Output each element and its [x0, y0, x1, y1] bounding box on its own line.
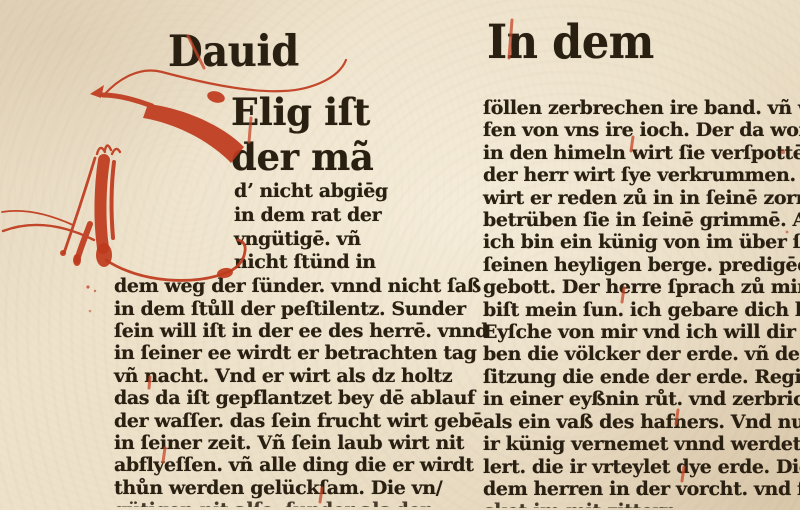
- text-line: vngütigē. vñ: [234, 228, 432, 252]
- text-line: in ſeiner ee wirdt er betrachten tag: [114, 342, 432, 364]
- text-line: der waſſer. das ſein frucht wirt gebē: [114, 410, 432, 432]
- text-line: ſöllen zerbrechen ire band. vñ werf/: [483, 97, 800, 119]
- text-line: ben die völcker der erde. vñ dein be/: [483, 343, 800, 365]
- text-line: ir künig vernemet vnnd werdet ge: [483, 433, 800, 455]
- text-line: Eyſche von mir vnd ich will dir ge: [483, 321, 800, 343]
- opening-big-lines: Elig iſtder mã: [114, 90, 432, 180]
- text-line: in ſeiner zeit. Vñ ſein laub wirt nit: [114, 432, 432, 454]
- text-line: in einer eyßnin růt. vnd zerbriche ſy: [483, 388, 800, 410]
- text-line: biſt mein ſun. ich gebare dich hewt.: [483, 299, 800, 321]
- body-lines-right: ſöllen zerbrechen ire band. vñ werf/fen …: [483, 97, 800, 500]
- text-line: fen von vns ire ioch. Der da wonet: [483, 119, 800, 141]
- text-line: ſitzung die ende der erde. Regiere ſy: [483, 366, 800, 388]
- text-column-left: Elig iſtder mã dʼ nicht abgiēgin dem rat…: [114, 90, 432, 507]
- text-line: als ein vaß des hafners. Vnd nun: [483, 411, 800, 433]
- text-line: betrüben ſie in ſeinē grimmē. Aber: [483, 209, 800, 231]
- text-line: der herr wirt ſye verkrummen. denn: [483, 164, 800, 186]
- text-line: der mã: [231, 135, 432, 180]
- text-line: lert. die ir vrteylet dye erde. Dienet: [483, 456, 800, 478]
- text-line: nicht ſtünd in: [234, 251, 432, 275]
- text-line: ich bin ein künig von im über ſyon: [483, 231, 800, 253]
- body-lines-left: dem weg der ſünder. vnnd nicht ſaßin dem…: [114, 275, 432, 499]
- text-line: wirt er reden zů in in ſeinē zorn vñ: [483, 187, 800, 209]
- text-line: in den himeln wirt ſie verſpottē. vñ: [483, 142, 800, 164]
- text-line: ſeinen heyligen berge. predigēd ſein: [483, 254, 800, 276]
- text-line: gebott. Der herre ſprach zů mir du: [483, 276, 800, 298]
- text-line: dʼ nicht abgiēg: [234, 180, 432, 204]
- running-head-left: Dauid: [168, 30, 299, 73]
- manuscript-page: Dauid In dem Elig iſtder mã dʼ nicht abg…: [0, 0, 800, 510]
- text-line: vñ nacht. Vnd er wirt als dz holtz: [114, 365, 432, 387]
- text-line: dem weg der ſünder. vnnd nicht ſaß: [114, 275, 432, 297]
- running-head-right: In dem: [487, 20, 654, 66]
- cutoff-line-right: cket im mit zittern.: [483, 500, 800, 508]
- text-line: thůn werden gelückſam. Die vn/: [114, 477, 432, 499]
- text-line: abflyeſſen. vñ alle ding die er wirdt: [114, 454, 432, 476]
- text-column-right: ſöllen zerbrechen ire band. vñ werf/fen …: [483, 97, 800, 508]
- cutoff-line-left: gütigen nit alſo. ſunder als der: [114, 499, 432, 507]
- text-line: in dem rat der: [234, 204, 432, 228]
- text-line: in dem ſtůll der peſtilentz. Sunder: [114, 298, 432, 320]
- initial-wrap-lines: dʼ nicht abgiēgin dem rat dervngütigē. v…: [114, 180, 432, 275]
- text-line: Elig iſt: [231, 90, 432, 135]
- text-line: dem herren in der vorcht. vnd frolo: [483, 478, 800, 500]
- text-line: ſein will iſt in der ee des herrē. vnnd: [114, 320, 432, 342]
- text-line: das da iſt gepflantzet bey dē ablauf: [114, 387, 432, 409]
